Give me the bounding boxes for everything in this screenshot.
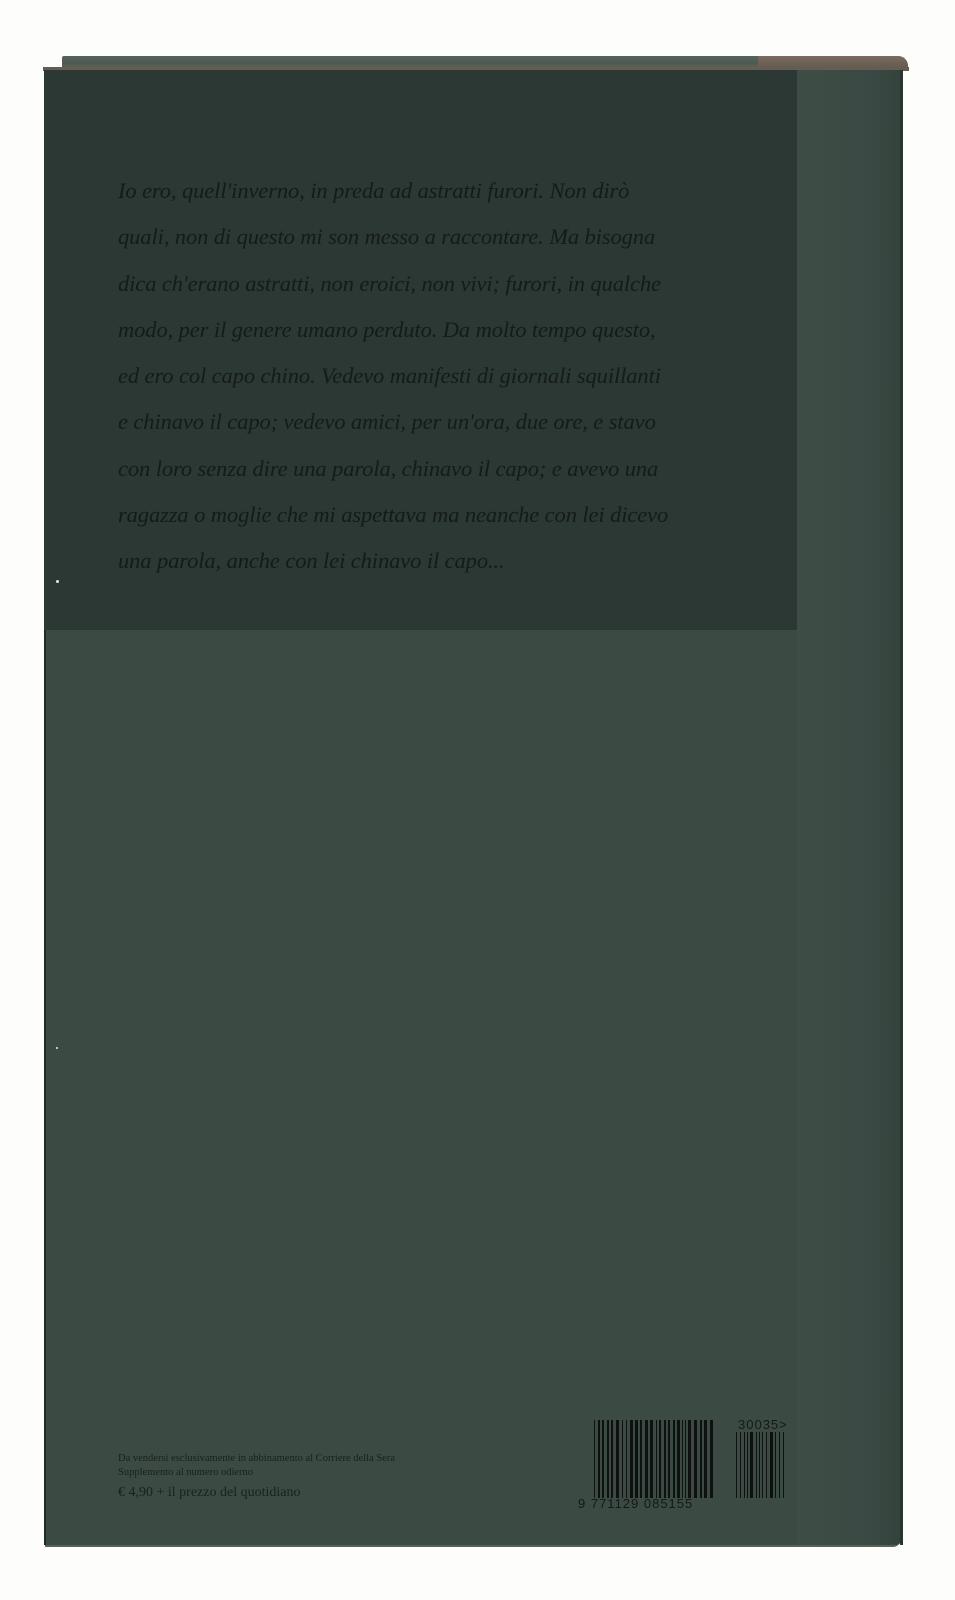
barcode-number: 9 771129 085155 [578,1496,693,1511]
blurb-quote: Io ero, quell'inverno, in preda ad astra… [118,168,758,585]
barcode-addon-icon [736,1432,788,1498]
sale-notice: Da vendersi esclusivamente in abbinament… [118,1452,478,1503]
spine-fold [797,70,903,1545]
barcode-addon-number: 30035> [738,1417,788,1432]
notice-line-1: Da vendersi esclusivamente in abbinament… [118,1452,478,1466]
price-label: € 4,90 + il prezzo del quotidiano [118,1483,478,1503]
notice-line-2: Supplemento al numero odierno [118,1466,478,1480]
scuff-mark [56,580,59,583]
barcode-icon [594,1420,716,1498]
scuff-mark [56,1047,58,1049]
